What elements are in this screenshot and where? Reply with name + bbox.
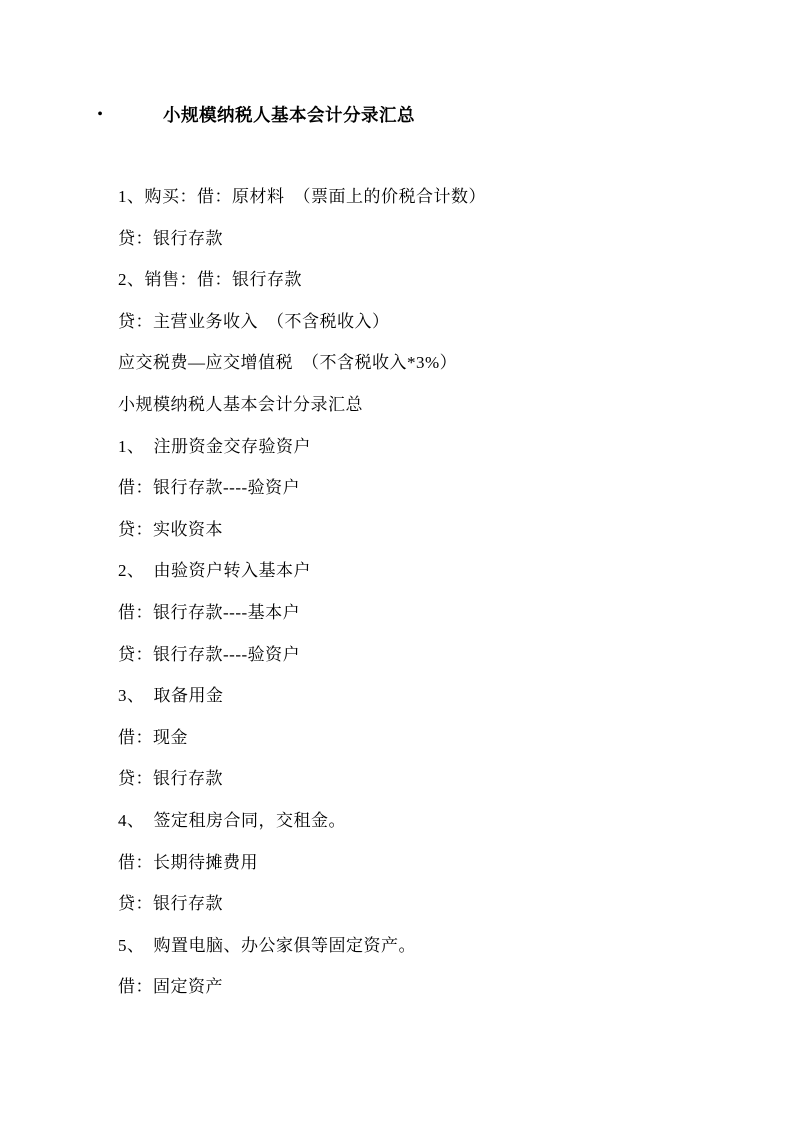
document-line: 借：长期待摊费用	[118, 842, 763, 884]
document-title: 小规模纳税人基本会计分录汇总	[163, 104, 415, 126]
document-line: 2、销售：借：银行存款	[118, 259, 763, 301]
document-line: 3、 取备用金	[118, 675, 763, 717]
document-line: 借：现金	[118, 717, 763, 759]
document-line: 4、 签定租房合同，交租金。	[118, 800, 763, 842]
list-bullet-icon: •	[95, 104, 105, 126]
document-line: 贷：银行存款	[118, 883, 763, 925]
document-line: 5、 购置电脑、办公家俱等固定资产。	[118, 925, 763, 967]
document-line: 贷：主营业务收入 （不含税收入）	[118, 301, 763, 343]
document-page: • 小规模纳税人基本会计分录汇总 1、购买：借：原材料 （票面上的价税合计数）贷…	[0, 0, 793, 1122]
document-title-row: • 小规模纳税人基本会计分录汇总	[95, 104, 415, 126]
document-line: 应交税费—应交增值税 （不含税收入*3%）	[118, 342, 763, 384]
document-body: 1、购买：借：原材料 （票面上的价税合计数）贷：银行存款2、销售：借：银行存款贷…	[118, 176, 763, 1008]
document-line: 小规模纳税人基本会计分录汇总	[118, 384, 763, 426]
document-line: 贷：银行存款	[118, 758, 763, 800]
document-line: 1、 注册资金交存验资户	[118, 426, 763, 468]
document-line: 借：固定资产	[118, 966, 763, 1008]
document-line: 贷：银行存款	[118, 218, 763, 260]
document-line: 借：银行存款----验资户	[118, 467, 763, 509]
document-line: 1、购买：借：原材料 （票面上的价税合计数）	[118, 176, 763, 218]
document-line: 借：银行存款----基本户	[118, 592, 763, 634]
document-line: 2、 由验资户转入基本户	[118, 550, 763, 592]
document-line: 贷：实收资本	[118, 509, 763, 551]
document-line: 贷：银行存款----验资户	[118, 634, 763, 676]
